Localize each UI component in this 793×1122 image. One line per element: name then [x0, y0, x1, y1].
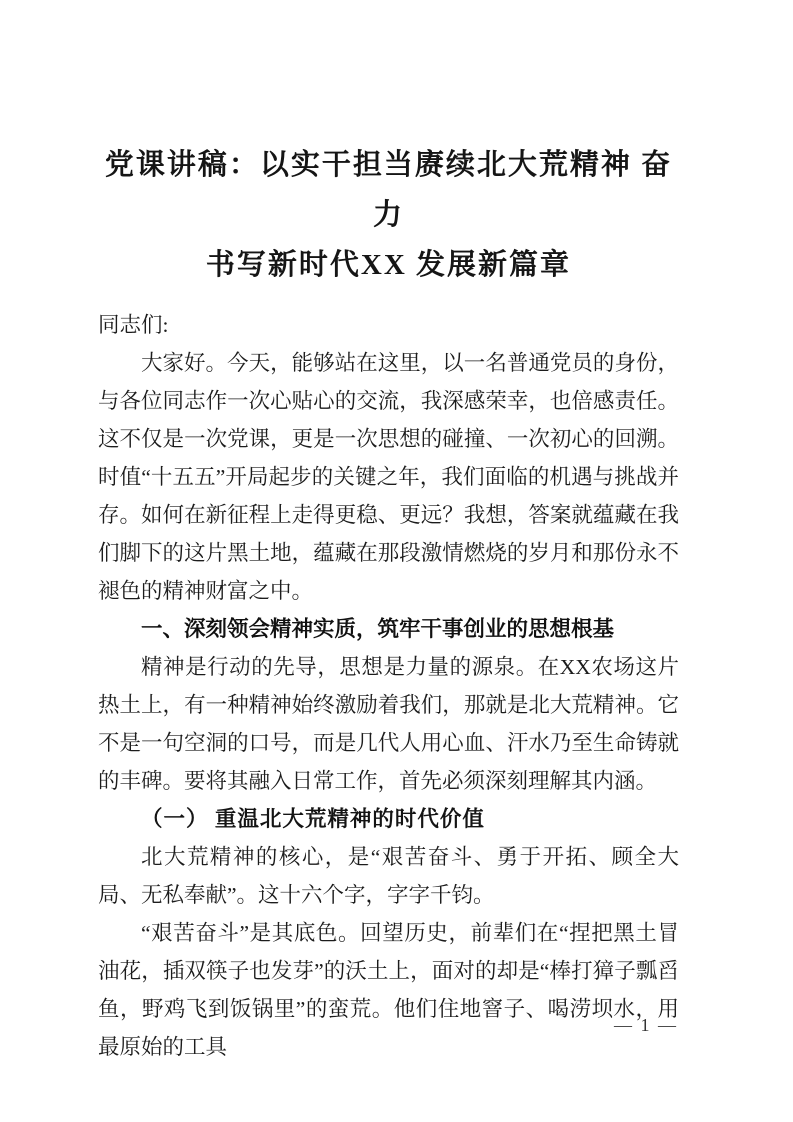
document-body: 同志们: 大家好。今天，能够站在这里，以一名普通党员的身份，与各位同志作一次心贴… [98, 306, 679, 1066]
paragraph-spirit-foundation: 精神是行动的先导，思想是力量的源泉。在XX农场这片热土上，有一种精神始终激励着我… [98, 648, 679, 800]
document-title: 党课讲稿：以实干担当赓续北大荒精神 奋力 书写新时代XX 发展新篇章 [98, 140, 679, 290]
page-number: — 1 — [614, 1015, 678, 1036]
paragraph-core-sixteen: 北大荒精神的核心，是“艰苦奋斗、勇于开拓、顾全大局、无私奉献”。这十六个字，字字… [98, 838, 679, 914]
section-heading-1: 一、深刻领会精神实质，筑牢干事创业的思想根基 [98, 610, 679, 648]
document-title-line-2: 书写新时代XX 发展新篇章 [98, 240, 679, 290]
paragraph-intro: 大家好。今天，能够站在这里，以一名普通党员的身份，与各位同志作一次心贴心的交流，… [98, 344, 679, 610]
subsection-heading-1-1: （一） 重温北大荒精神的时代价值 [98, 800, 679, 838]
salutation: 同志们: [98, 306, 679, 344]
paragraph-hardship: “艰苦奋斗”是其底色。回望历史，前辈们在“捏把黑土冒油花，插双筷子也发芽”的沃土… [98, 914, 679, 1066]
document-content: 党课讲稿：以实干担当赓续北大荒精神 奋力 书写新时代XX 发展新篇章 同志们: … [98, 140, 679, 1066]
document-title-line-1: 党课讲稿：以实干担当赓续北大荒精神 奋力 [98, 140, 679, 240]
document-page: 党课讲稿：以实干担当赓续北大荒精神 奋力 书写新时代XX 发展新篇章 同志们: … [0, 0, 793, 1122]
